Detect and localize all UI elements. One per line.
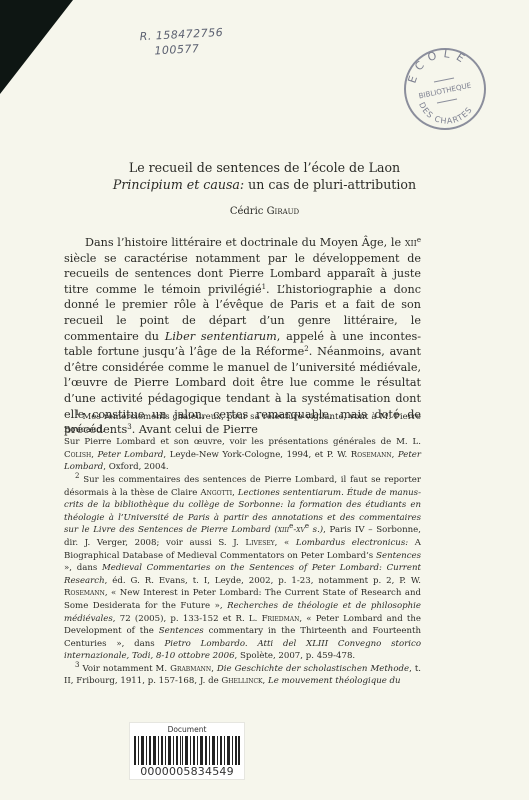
book-title: Peter Lombard [97, 450, 163, 460]
article-title-line-1: Le recueil de sentences de l’école de La… [0, 160, 529, 175]
footnote-text: Sur Pierre Lombard et son œuvre, voir le… [64, 437, 421, 447]
footnote-text: Mes remerciements chaleureux, pour sa re… [64, 412, 421, 435]
barcode-number: 0000005834549 [130, 765, 244, 778]
author-small-caps: Rosemann [351, 450, 392, 460]
footnote-text: , Spolète, 2007, p. 459-478. [235, 651, 356, 661]
footnote-text: , Oxford, 2004. [103, 462, 168, 472]
title-italic-part: Principium et causa: [113, 177, 244, 192]
footnote-text: s.) [309, 525, 323, 535]
barcode-icon [134, 736, 240, 765]
stamp-icon: ECOLE BIBLIOTHEQUE DES CHARTES [404, 48, 486, 130]
stamp-center-text: BIBLIOTHEQUE [418, 80, 473, 100]
footnote-1: 1 Mes remerciements chaleureux, pour sa … [64, 411, 421, 436]
footnote-text: Voir notamment M. [79, 664, 170, 674]
svg-text:DES CHARTES: DES CHARTES [417, 101, 474, 126]
footnote-2: 2 Sur les commentaires des sentences de … [64, 474, 421, 663]
body-paragraph: Dans l’histoire littéraire et doctrinale… [64, 235, 421, 438]
author-small-caps: Ghellinck [221, 676, 262, 686]
article-title: Lombardus electronicus: [296, 538, 408, 548]
book-title: Sentences [159, 626, 204, 636]
barcode-label: Document [129, 722, 245, 780]
stamp-bottom-text: DES CHARTES [417, 101, 474, 126]
author-small-caps: Angotti [200, 488, 232, 498]
century-numeral: xii [405, 236, 417, 249]
author-small-caps: Colish [64, 450, 91, 460]
author-last-name: Giraud [267, 206, 300, 217]
author-first-name: Cédric [230, 206, 267, 217]
footnotes: 1 Mes remerciements chaleureux, pour sa … [64, 411, 421, 688]
footnote-text: , « [275, 538, 296, 548]
century-numeral: xv [296, 525, 305, 535]
footnote-text: », dans [64, 563, 102, 573]
body-italic-title: Liber sententiarum [165, 330, 277, 343]
barcode-title: Document [130, 725, 244, 734]
century-superscript: e [417, 236, 421, 244]
book-title: Le mouvement théologique du [268, 676, 401, 686]
author-small-caps: Friedman [262, 614, 300, 624]
body-text-segment: Dans l’histoire littéraire et doctrinale… [85, 236, 405, 249]
author-small-caps: Grabmann [170, 664, 211, 674]
author-small-caps: Rosemann [64, 588, 105, 598]
author-small-caps: Livesey [245, 538, 274, 548]
handwritten-shelfmark: R. 158472756 100577 [139, 25, 224, 59]
footnote-text: , Leyde-New York-Cologne, 1994, et P. W. [163, 450, 350, 460]
library-stamp: ECOLE BIBLIOTHEQUE DES CHARTES [404, 48, 486, 130]
book-title: Die Geschichte der scholastischen Method… [217, 664, 409, 674]
book-title: Sentences [376, 551, 421, 561]
footnote-text: , 72 (2005), p. 133-152 et R. L. [113, 614, 262, 624]
footnote-3: 3 Voir notamment M. Grabmann, Die Geschi… [64, 663, 421, 688]
svg-text:ECOLE: ECOLE [406, 48, 472, 85]
title-rest: un cas de pluri-attribution [244, 177, 416, 192]
footnote-1-continued: Sur Pierre Lombard et son œuvre, voir le… [64, 436, 421, 474]
author-name: Cédric Giraud [0, 206, 529, 217]
stamp-top-text: ECOLE [406, 48, 472, 85]
footnote-text: , éd. G. R. Evans, t. I, Leyde, 2002, p.… [105, 576, 421, 586]
article-title-line-2: Principium et causa: un cas de pluri-att… [0, 177, 529, 192]
scan-corner-shadow [0, 0, 73, 94]
century-numeral: xiii [278, 525, 289, 535]
